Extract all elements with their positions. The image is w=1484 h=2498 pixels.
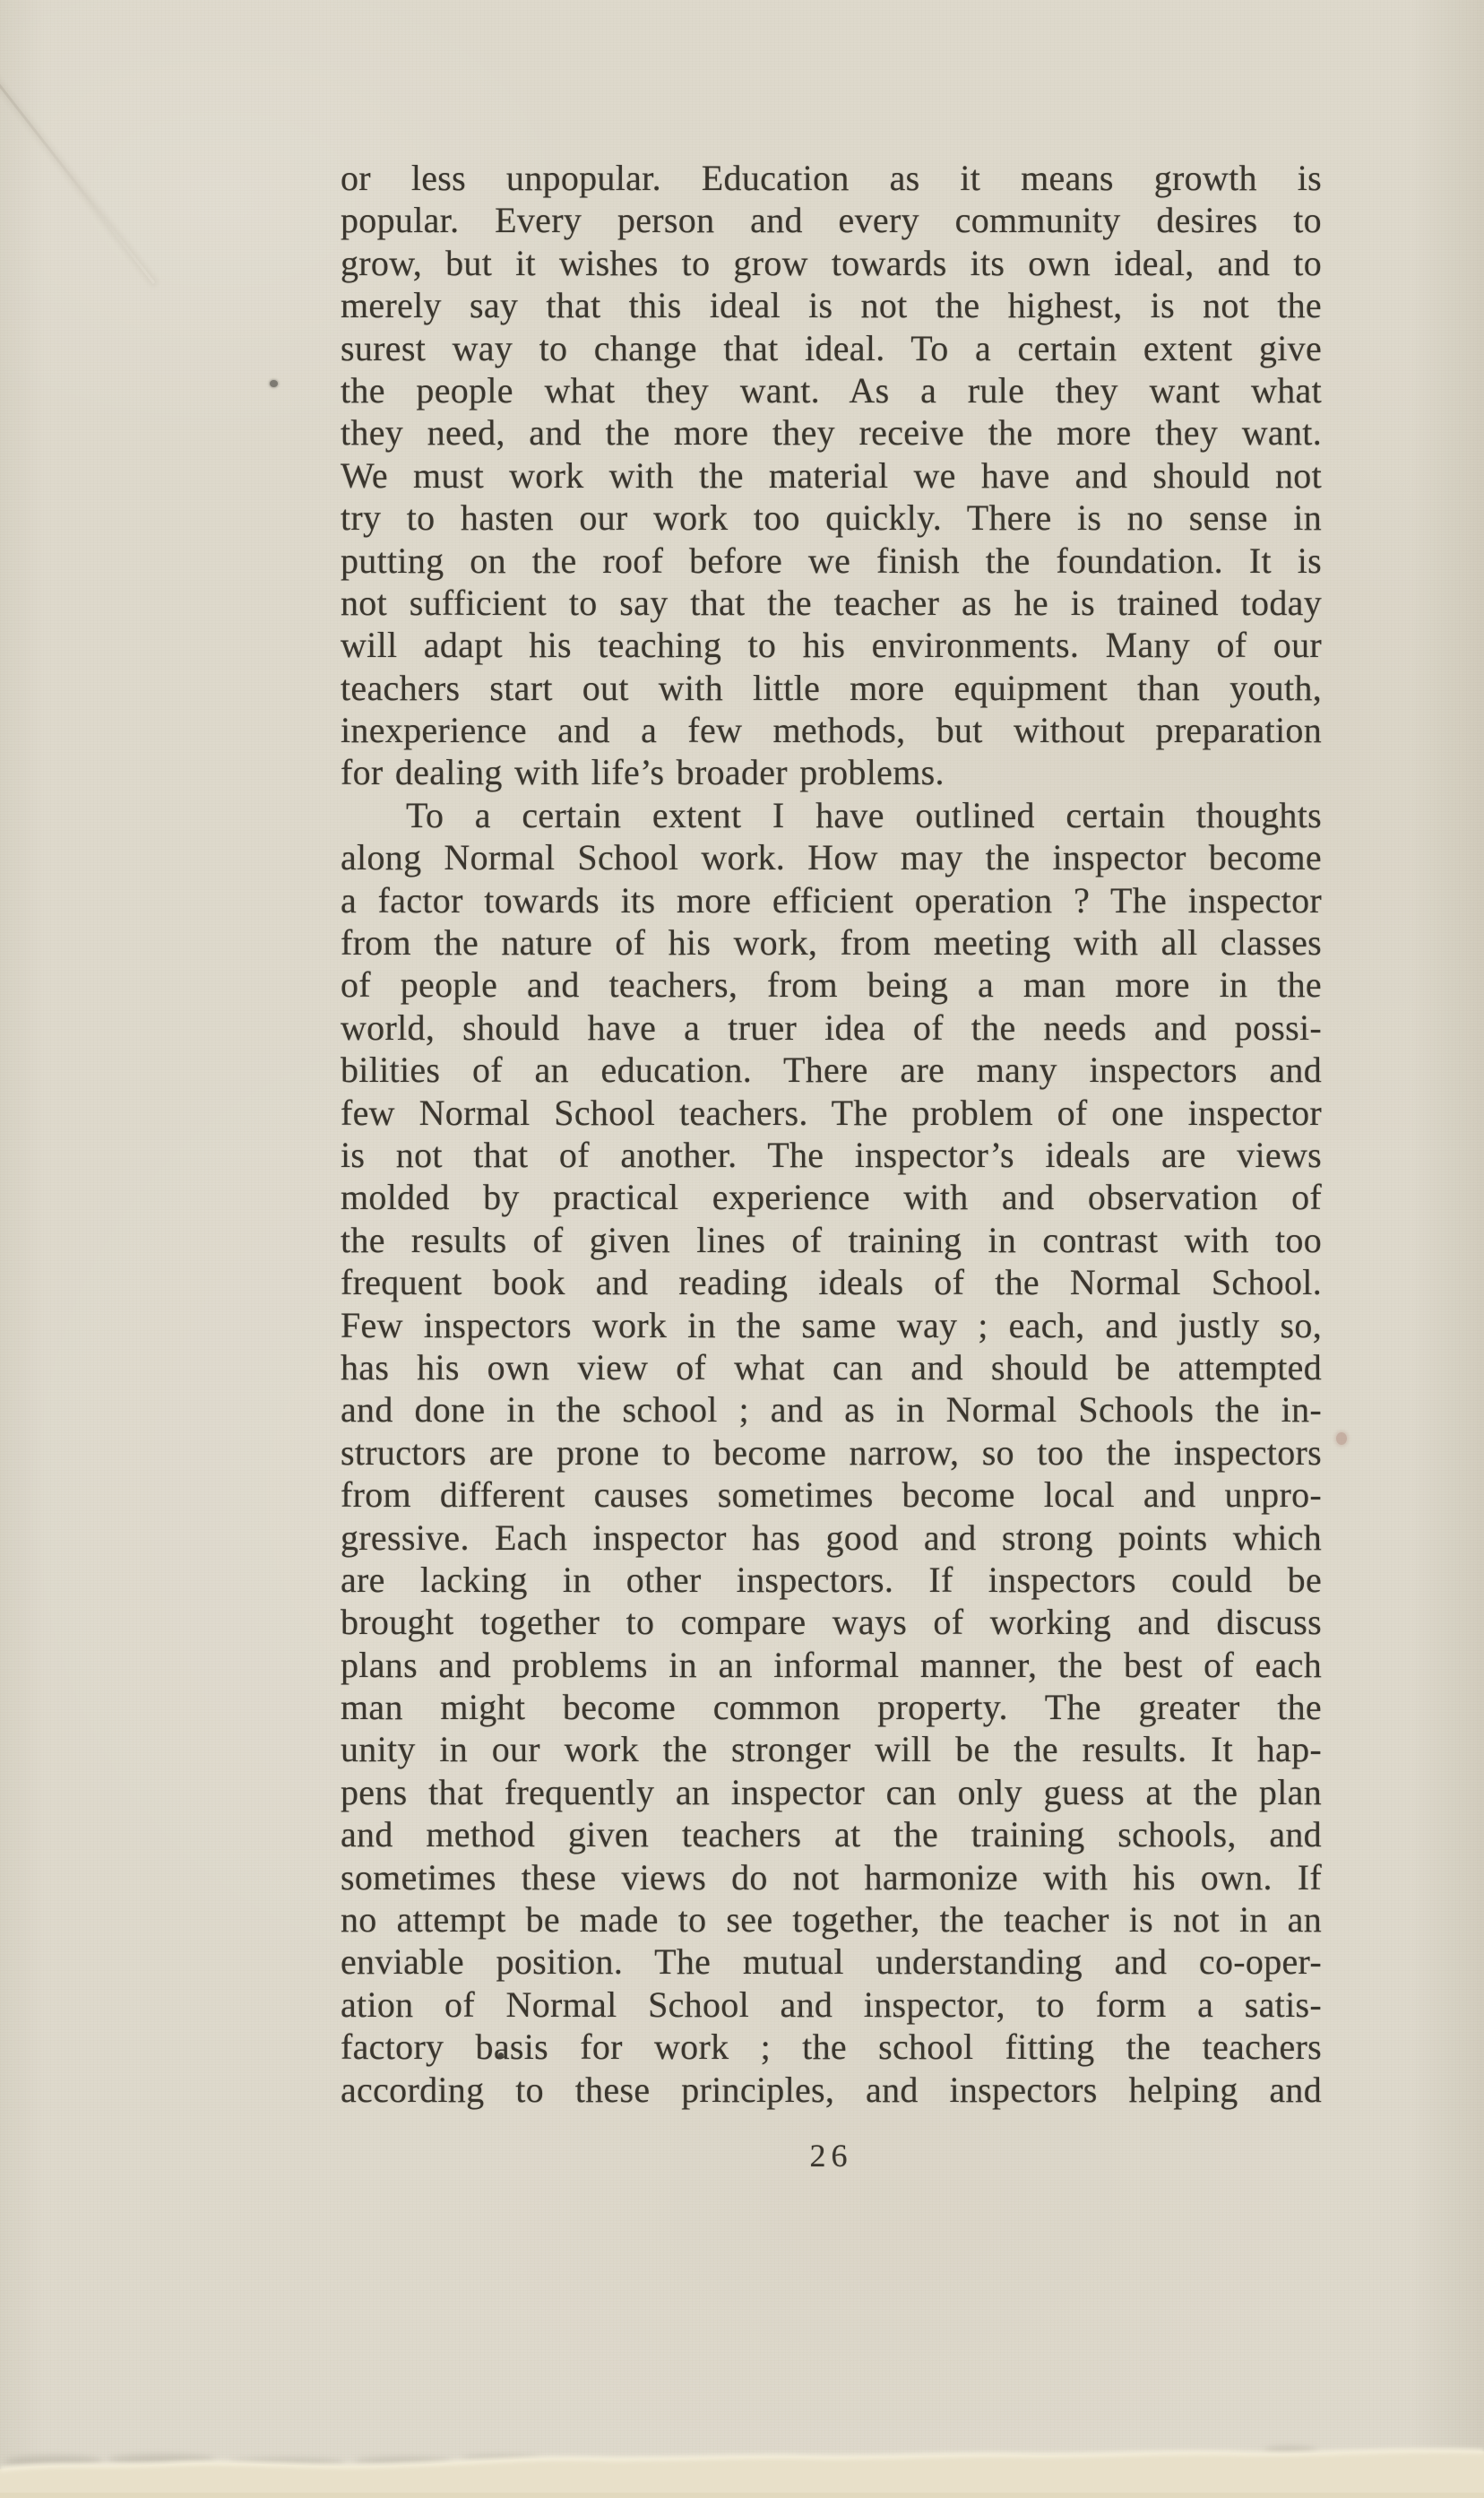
page-number: 26 xyxy=(341,2137,1322,2174)
text-line: frequent book and reading ideals of the … xyxy=(341,1261,1322,1303)
text-line: inexperience and a few methods, but with… xyxy=(341,709,1322,751)
text-line: they need, and the more they receive the… xyxy=(341,411,1322,454)
text-line: try to hasten our work too quickly. Ther… xyxy=(341,497,1322,539)
ink-dot xyxy=(498,2053,504,2058)
text-line: few Normal School teachers. The problem … xyxy=(341,1092,1322,1134)
torn-paper-edge xyxy=(0,2417,1484,2498)
text-line: world, should have a truer idea of the n… xyxy=(341,1007,1322,1049)
text-line: is not that of another. The inspector’s … xyxy=(341,1134,1322,1176)
text-block: or less unpopular. Education as it means… xyxy=(341,157,1322,2111)
text-line: are lacking in other inspectors. If insp… xyxy=(341,1559,1322,1601)
text-line: sometimes these views do not harmonize w… xyxy=(341,1856,1322,1898)
text-line: gressive. Each inspector has good and st… xyxy=(341,1517,1322,1559)
text-line: will adapt his teaching to his environme… xyxy=(341,624,1322,666)
paper-speck xyxy=(270,380,278,387)
text-line: molded by practical experience with and … xyxy=(341,1176,1322,1218)
text-line: merely say that this ideal is not the hi… xyxy=(341,284,1322,326)
text-line: plans and problems in an informal manner… xyxy=(341,1644,1322,1686)
text-line: ation of Normal School and inspector, to… xyxy=(341,1984,1322,2026)
text-line: along Normal School work. How may the in… xyxy=(341,836,1322,878)
text-line: or less unpopular. Education as it means… xyxy=(341,157,1322,199)
text-line: a factor towards its more efficient oper… xyxy=(341,879,1322,921)
scanned-book-page: or less unpopular. Education as it means… xyxy=(0,0,1484,2498)
text-line: from the nature of his work, from meetin… xyxy=(341,921,1322,964)
text-line: surest way to change that ideal. To a ce… xyxy=(341,327,1322,369)
text-line: pens that frequently an inspector can on… xyxy=(341,1771,1322,1813)
text-line: factory basis for work ; the school fitt… xyxy=(341,2026,1322,2068)
text-line: man might become common property. The gr… xyxy=(341,1686,1322,1728)
text-line: grow, but it wishes to grow towards its … xyxy=(341,242,1322,284)
text-line: popular. Every person and every communit… xyxy=(341,199,1322,241)
text-line: no attempt be made to see together, the … xyxy=(341,1898,1322,1940)
text-line: has his own view of what can and should … xyxy=(341,1346,1322,1388)
text-line: To a certain extent I have outlined cert… xyxy=(341,794,1322,836)
text-line: of people and teachers, from being a man… xyxy=(341,964,1322,1006)
text-line: for dealing with life’s broader problems… xyxy=(341,751,1322,793)
text-line: not sufficient to say that the teacher a… xyxy=(341,582,1322,624)
text-line: and done in the school ; and as in Norma… xyxy=(341,1388,1322,1431)
text-line: teachers start out with little more equi… xyxy=(341,667,1322,709)
text-line: structors are prone to become narrow, so… xyxy=(341,1431,1322,1474)
text-line: brought together to compare ways of work… xyxy=(341,1601,1322,1643)
text-line: We must work with the material we have a… xyxy=(341,454,1322,497)
text-line: putting on the roof before we finish the… xyxy=(341,540,1322,582)
text-line: according to these principles, and inspe… xyxy=(341,2069,1322,2111)
text-line: unity in our work the stronger will be t… xyxy=(341,1728,1322,1770)
text-line: and method given teachers at the trainin… xyxy=(341,1813,1322,1855)
text-line: Few inspectors work in the same way ; ea… xyxy=(341,1304,1322,1346)
paper-speck xyxy=(1336,1432,1347,1445)
text-line: the results of given lines of training i… xyxy=(341,1219,1322,1261)
text-line: enviable position. The mutual understand… xyxy=(341,1940,1322,1983)
text-line: bilities of an education. There are many… xyxy=(341,1049,1322,1091)
paper-crease xyxy=(0,49,155,284)
text-line: the people what they want. As a rule the… xyxy=(341,369,1322,411)
text-line: from different causes sometimes become l… xyxy=(341,1474,1322,1516)
